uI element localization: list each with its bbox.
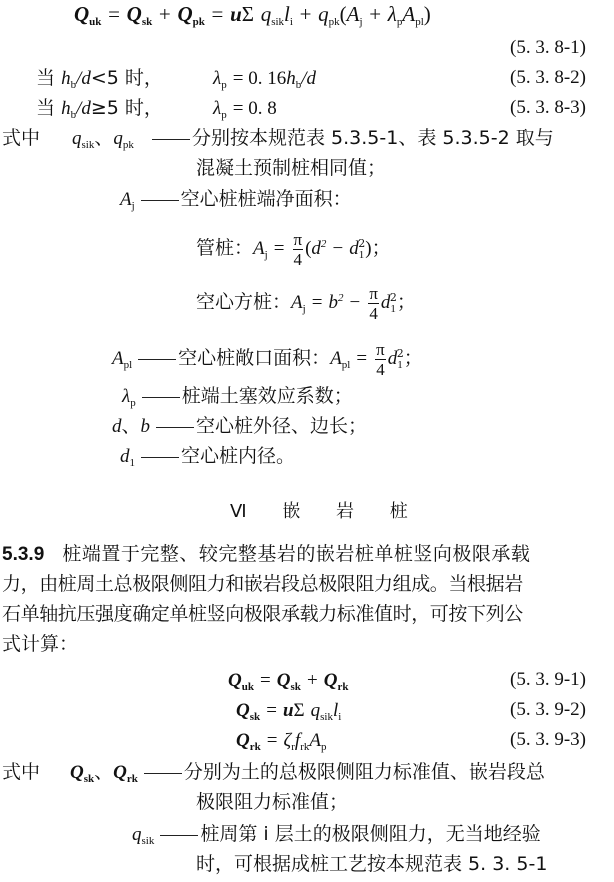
em-dash (152, 139, 190, 140)
equation-5-3-9-3: Qrk = ζrfrkAp (236, 728, 326, 753)
symbol-qsk-qrk: Qsk、Qrk分别为土的总极限侧阻力标准值、嵌岩段总 (70, 760, 545, 785)
clause-number: 5.3.9 (2, 544, 44, 565)
symbol-d1: d1空心桩内径。 (120, 444, 295, 469)
symbol-qsik: qsik桩周第 i 层土的极限侧阻力，无当地经验 (132, 822, 541, 847)
symbol-lambda-p: λp桩端土塞效应系数； (122, 384, 353, 409)
equation-5-3-9-1: Quk = Qsk + Qrk (228, 668, 348, 693)
definition-q-line2: 极限阻力标准值； (196, 790, 348, 814)
equation-number: (5. 3. 8-3) (510, 96, 586, 120)
where-prefix: 式中 (2, 126, 40, 150)
equation-number: (5. 3. 8-1) (510, 36, 586, 60)
formula-pipe-pile: 管桩：Aj = π4(d2 − d12)； (196, 228, 391, 269)
clause-5-3-9-line2: 力，由桩周土总极限侧阻力和嵌岩段总极限阻力组成。当根据岩 (2, 572, 523, 596)
equation-5-3-8-2: 当 hb/d<5 时， λp = 0. 16hb/d (36, 66, 316, 91)
equation-number: (5. 3. 8-2) (510, 66, 586, 90)
where-prefix: 式中 (2, 760, 40, 784)
equation-number: (5. 3. 9-1) (510, 668, 586, 692)
definition-q-line2: 混凝土预制桩相同值； (196, 156, 386, 180)
symbol-d-b: d、b空心桩外径、边长； (112, 414, 367, 439)
definition-qsik-line2: 时，可根据成桩工艺按本规范表 5. 3. 5-1 (196, 852, 547, 876)
clause-5-3-9-line4: 式计算： (2, 632, 78, 656)
clause-5-3-9-line3: 石单轴抗压强度确定单桩竖向极限承载力标准值时，可按下列公 (2, 602, 523, 626)
symbol-aj: Aj空心桩桩端净面积： (120, 187, 352, 212)
condition-text: 当 (36, 67, 55, 89)
equation-5-3-8-1: Quk = Qsk + Qpk = uΣ qsikli + qpk(Aj + λ… (74, 2, 431, 26)
equation-number: (5. 3. 9-2) (510, 698, 586, 722)
section-heading: Ⅵ 嵌 岩 桩 (230, 500, 416, 524)
formula-square-pile: 空心方桩：Aj = b2 − π4d12； (196, 282, 416, 323)
equation-number: (5. 3. 9-3) (510, 728, 586, 752)
symbol-qsik-qpk: qsik、qpk (72, 126, 134, 151)
definition-q: 分别按本规范表 5.3.5-1、表 5.3.5-2 取与 (146, 126, 554, 150)
clause-5-3-9-line1: 5.3.9 桩端置于完整、较完整基岩的嵌岩桩单桩竖向极限承载 (2, 542, 530, 567)
equation-5-3-8-3: 当 hb/d≥5 时， λp = 0. 8 (36, 96, 277, 121)
symbol-apl: Apl空心桩敞口面积：Apl = π4d12； (112, 338, 423, 379)
equation-5-3-9-2: Qsk = uΣ qsikli (236, 698, 341, 723)
